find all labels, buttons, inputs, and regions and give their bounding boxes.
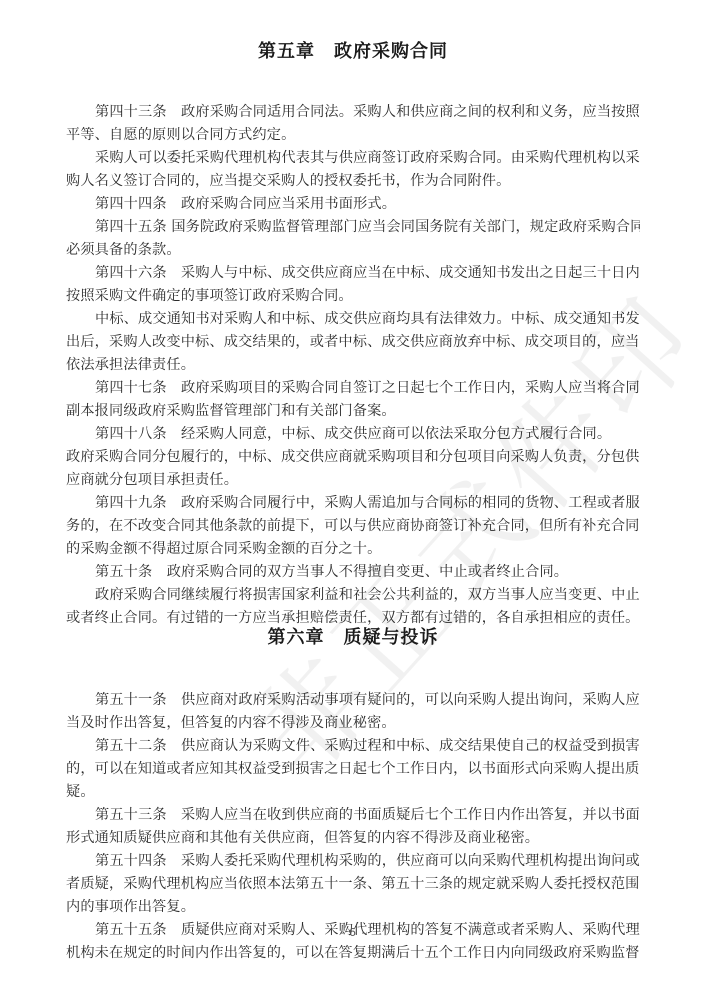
text-line: 购人名义签订合同的，应当提交采购人的授权委托书，作为合同附件。 — [66, 170, 640, 193]
text-line: 依法承担法律责任。 — [66, 354, 640, 377]
text-line: 出后，采购人改变中标、成交结果的，或者中标、成交供应商放弃中标、成交项目的，应当 — [66, 331, 640, 354]
text-line: 第四十七条 政府采购项目的采购合同自签订之日起七个工作日内，采购人应当将合同 — [66, 377, 640, 400]
text-line: 机构未在规定的时间内作出答复的，可以在答复期满后十五个工作日内向同级政府采购监督 — [66, 942, 640, 965]
text-line: 副本报同级政府采购监督管理部门和有关部门备案。 — [66, 400, 640, 423]
article-48-para-2: 政府采购合同分包履行的，中标、成交供应商就采购项目和分包项目向采购人负责，分包供… — [66, 446, 640, 492]
text-line: 第四十三条 政府采购合同适用合同法。采购人和供应商之间的权利和义务，应当按照 — [66, 101, 640, 124]
document-page: 非正式件印 第五章 政府采购合同 第四十三条 政府采购合同适用合同法。采购人和供… — [0, 0, 706, 1000]
text-line: 者质疑，采购代理机构应当依照本法第五十一条、第五十三条的规定就采购人委托授权范围 — [66, 873, 640, 896]
text-line: 当及时作出答复，但答复的内容不得涉及商业秘密。 — [66, 712, 640, 735]
text-line: 第五十三条 采购人应当在收到供应商的书面质疑后七个工作日内作出答复，并以书面 — [66, 804, 640, 827]
article-51: 第五十一条 供应商对政府采购活动事项有疑问的，可以向采购人提出询问，采购人应 当… — [66, 689, 640, 735]
text-line: 第四十九条 政府采购合同履行中，采购人需追加与合同标的相同的货物、工程或者服 — [66, 492, 640, 515]
text-line: 形式通知质疑供应商和其他有关供应商，但答复的内容不得涉及商业秘密。 — [66, 827, 640, 850]
text-line: 第五十二条 供应商认为采购文件、采购过程和中标、成交结果使自己的权益受到损害 — [66, 735, 640, 758]
text-line: 采购人可以委托采购代理机构代表其与供应商签订政府采购合同。由采购代理机构以采 — [66, 147, 640, 170]
text-line: 中标、成交通知书对采购人和中标、成交供应商均具有法律效力。中标、成交通知书发 — [66, 308, 640, 331]
text-line: 按照采购文件确定的事项签订政府采购合同。 — [66, 285, 640, 308]
article-44: 第四十四条 政府采购合同应当采用书面形式。 — [66, 193, 640, 216]
text-line: 政府采购合同分包履行的，中标、成交供应商就采购项目和分包项目向采购人负责，分包供 — [66, 446, 640, 469]
text-line: 第五十条 政府采购合同的双方当事人不得擅自变更、中止或者终止合同。 — [66, 561, 640, 584]
article-54: 第五十四条 采购人委托采购代理机构采购的，供应商可以向采购代理机构提出询问或 者… — [66, 850, 640, 919]
chapter-title: 第六章 质疑与投诉 — [66, 623, 640, 649]
article-50: 第五十条 政府采购合同的双方当事人不得擅自变更、中止或者终止合同。 — [66, 561, 640, 584]
article-48: 第四十八条 经采购人同意，中标、成交供应商可以依法采取分包方式履行合同。 — [66, 423, 640, 446]
text-line: 内的事项作出答复。 — [66, 896, 640, 919]
article-45: 第四十五条 国务院政府采购监督管理部门应当会同国务院有关部门，规定政府采购合同 … — [66, 216, 640, 262]
text-line: 第五十四条 采购人委托采购代理机构采购的，供应商可以向采购代理机构提出询问或 — [66, 850, 640, 873]
text-line: 第四十四条 政府采购合同应当采用书面形式。 — [66, 193, 640, 216]
text-line: 的采购金额不得超过原合同采购金额的百分之十。 — [66, 538, 640, 561]
article-53: 第五十三条 采购人应当在收到供应商的书面质疑后七个工作日内作出答复，并以书面 形… — [66, 804, 640, 850]
chapter-title: 第五章 政府采购合同 — [66, 37, 640, 63]
text-line: 第五十一条 供应商对政府采购活动事项有疑问的，可以向采购人提出询问，采购人应 — [66, 689, 640, 712]
article-46: 第四十六条 采购人与中标、成交供应商应当在中标、成交通知书发出之日起三十日内， … — [66, 262, 640, 308]
article-46-para-2: 中标、成交通知书对采购人和中标、成交供应商均具有法律效力。中标、成交通知书发 出… — [66, 308, 640, 377]
text-line: 平等、自愿的原则以合同方式约定。 — [66, 124, 640, 147]
text-line: 应商就分包项目承担责任。 — [66, 469, 640, 492]
text-line: 第四十五条 国务院政府采购监督管理部门应当会同国务院有关部门，规定政府采购合同 — [66, 216, 640, 239]
text-line: 必须具备的条款。 — [66, 239, 640, 262]
page-number: - 6 - — [0, 926, 706, 939]
text-line: 第四十八条 经采购人同意，中标、成交供应商可以依法采取分包方式履行合同。 — [66, 423, 640, 446]
article-52: 第五十二条 供应商认为采购文件、采购过程和中标、成交结果使自己的权益受到损害 的… — [66, 735, 640, 804]
article-43-para-2: 采购人可以委托采购代理机构代表其与供应商签订政府采购合同。由采购代理机构以采 购… — [66, 147, 640, 193]
text-line: 的，可以在知道或者应知其权益受到损害之日起七个工作日内，以书面形式向采购人提出质 — [66, 758, 640, 781]
article-49: 第四十九条 政府采购合同履行中，采购人需追加与合同标的相同的货物、工程或者服 务… — [66, 492, 640, 561]
article-47: 第四十七条 政府采购项目的采购合同自签订之日起七个工作日内，采购人应当将合同 副… — [66, 377, 640, 423]
text-line: 第四十六条 采购人与中标、成交供应商应当在中标、成交通知书发出之日起三十日内， — [66, 262, 640, 285]
text-line: 政府采购合同继续履行将损害国家利益和社会公共利益的，双方当事人应当变更、中止 — [66, 584, 640, 607]
article-43: 第四十三条 政府采购合同适用合同法。采购人和供应商之间的权利和义务，应当按照 平… — [66, 101, 640, 147]
text-line: 疑。 — [66, 781, 640, 804]
text-line: 务的，在不改变合同其他条款的前提下，可以与供应商协商签订补充合同，但所有补充合同 — [66, 515, 640, 538]
